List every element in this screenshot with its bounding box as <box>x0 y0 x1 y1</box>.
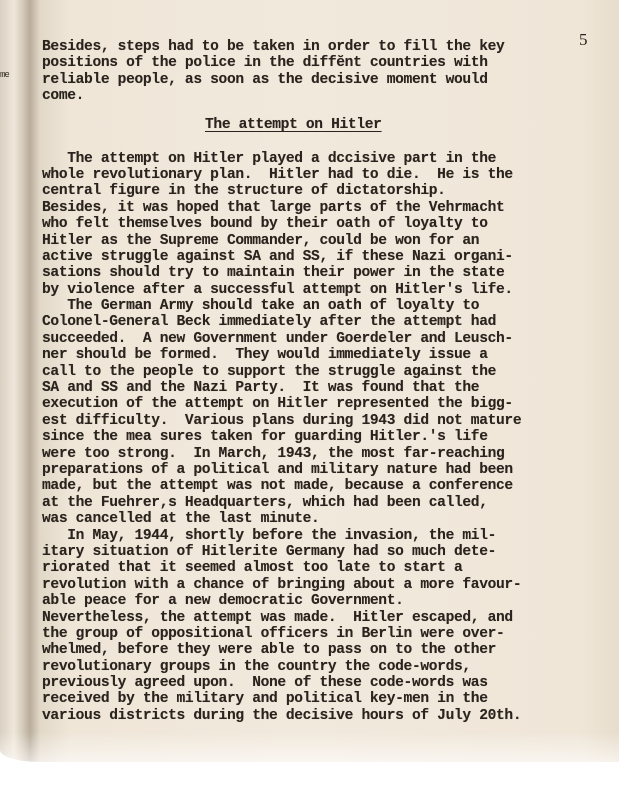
text-line: sations should try to maintain their pow… <box>42 265 612 281</box>
text-line: preparations of a political and military… <box>42 462 612 478</box>
text-line: itary situation of Hitlerite Germany had… <box>42 544 612 560</box>
text-line: SA and SS and the Nazi Party. It was fou… <box>42 380 612 396</box>
text-line: Besides, steps had to be taken in order … <box>42 39 612 55</box>
text-line: whole revolutionary plan. Hitler had to … <box>42 167 612 183</box>
text-line: Nevertheless, the attempt was made. Hitl… <box>42 610 612 626</box>
text-line: the group of oppositional officers in Be… <box>42 626 612 642</box>
text-line: active struggle against SA and SS, if th… <box>42 249 612 265</box>
text-line: was cancelled at the last minute. <box>42 511 612 527</box>
page-body: Besides, steps had to be taken in order … <box>42 39 612 724</box>
text-line: In May, 1944, shortly before the invasio… <box>42 528 612 544</box>
section-heading-block: The attempt on Hitler <box>42 105 612 151</box>
text-line: since the mea sures taken for guarding H… <box>42 429 612 445</box>
paragraph-may-1944: In May, 1944, shortly before the invasio… <box>42 528 612 725</box>
text-line: The German Army should take an oath of l… <box>42 298 612 314</box>
intro-paragraph: Besides, steps had to be taken in order … <box>42 39 612 105</box>
text-line: revolution with a chance of bringing abo… <box>42 577 612 593</box>
text-line: at the Fuehrer,s Headquarters, which had… <box>42 495 612 511</box>
typewritten-page: me 5 Besides, steps had to be taken in o… <box>0 0 619 762</box>
text-line: riorated that it seemed almost too late … <box>42 560 612 576</box>
text-line: succeeded. A new Government under Goerde… <box>42 331 612 347</box>
text-line: able peace for a new democratic Governme… <box>42 593 612 609</box>
text-line: est difficulty. Various plans during 194… <box>42 413 612 429</box>
text-line: whelmed, before they were able to pass o… <box>42 642 612 658</box>
text-line: were too strong. In March, 1943, the mos… <box>42 446 612 462</box>
text-line: come. <box>42 88 612 104</box>
text-line: The attempt on Hitler played a dccisive … <box>42 151 612 167</box>
text-line: previously agreed upon. None of these co… <box>42 675 612 691</box>
text-line: received by the military and political k… <box>42 691 612 707</box>
paragraph-attempt-role: The attempt on Hitler played a dccisive … <box>42 151 612 299</box>
section-heading: The attempt on Hitler <box>205 117 382 133</box>
text-line: central figure in the structure of dicta… <box>42 183 612 199</box>
text-line: reliable people, as soon as the decisive… <box>42 72 612 88</box>
text-line: made, but the attempt was not made, beca… <box>42 478 612 494</box>
text-line: execution of the attempt on Hitler repre… <box>42 396 612 412</box>
paragraph-army-oath: The German Army should take an oath of l… <box>42 298 612 527</box>
text-line: call to the people to support the strugg… <box>42 364 612 380</box>
text-line: by violence after a successful attempt o… <box>42 282 612 298</box>
text-line: ner should be formed. They would immedia… <box>42 347 612 363</box>
text-line: Colonel-General Beck immediately after t… <box>42 314 612 330</box>
text-line: various districts during the decisive ho… <box>42 708 612 724</box>
margin-text-fragment: me <box>0 70 9 80</box>
text-line: Hitler as the Supreme Commander, could b… <box>42 233 612 249</box>
text-line: revolutionary groups in the country the … <box>42 659 612 675</box>
text-line: positions of the police in the diffĕnt … <box>42 55 612 71</box>
text-line: Besides, it was hoped that large parts o… <box>42 200 612 216</box>
text-line: who felt themselves bound by their oath … <box>42 216 612 232</box>
